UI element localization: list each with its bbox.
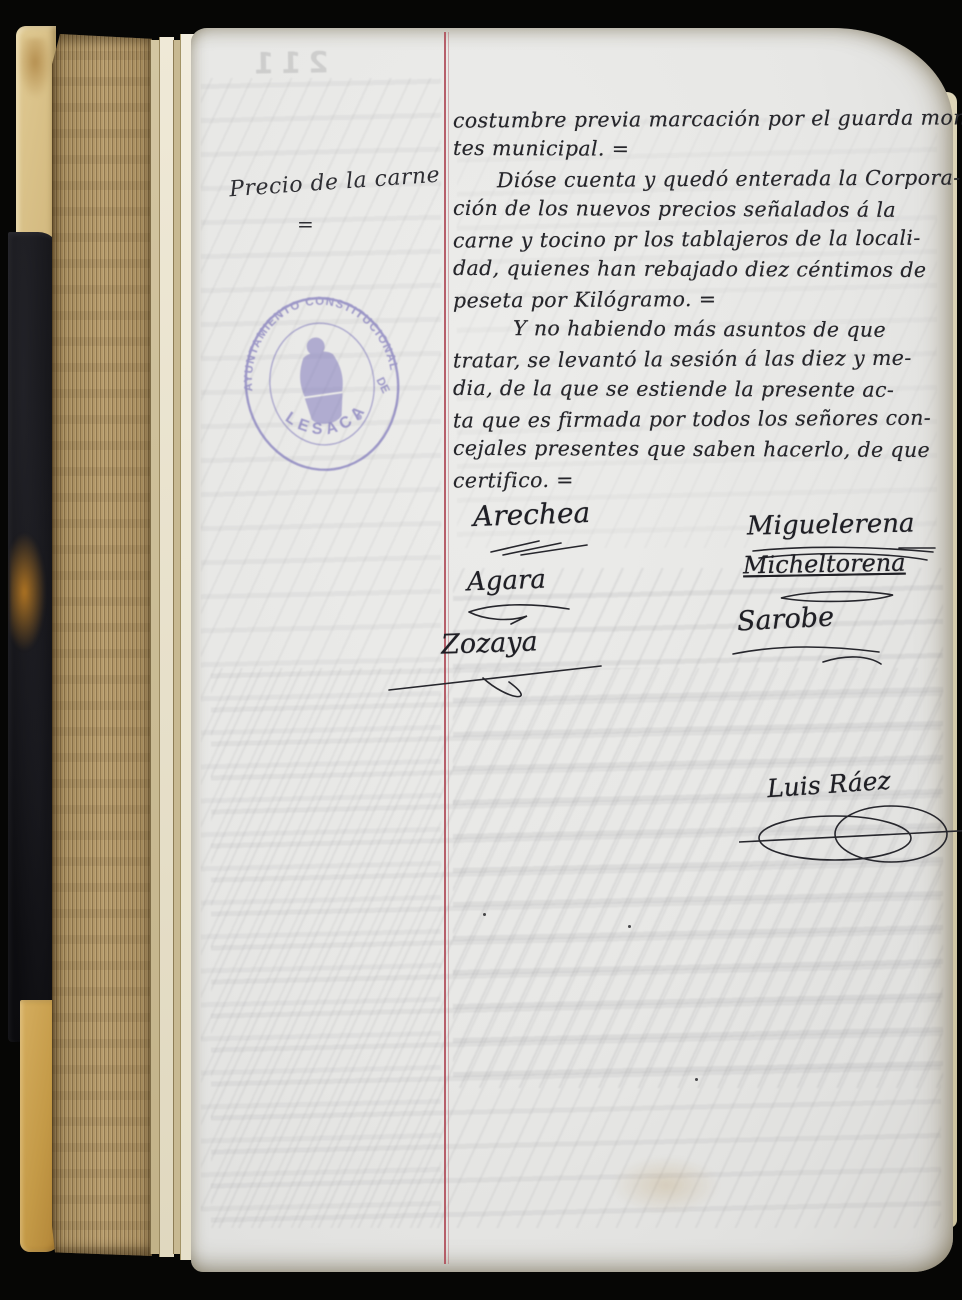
paper-stain	[611, 1156, 721, 1214]
page-fore-edges	[52, 34, 152, 1256]
municipal-stamp-icon: AYUNTAMIENTO CONSTITUCIONAL DE LESACA	[229, 284, 414, 485]
stamp-text-side: DE	[374, 376, 392, 396]
folio-number-showthrough: 211	[247, 45, 329, 80]
manuscript-line: dad, quienes han rebajado diez céntimos …	[453, 253, 958, 285]
ink-speck	[628, 925, 631, 928]
signature-rubric-flourish	[739, 798, 962, 874]
signature-miguelerena: Miguelerena	[747, 509, 915, 542]
cover-stain	[18, 38, 52, 98]
page-edge-sheet	[159, 37, 174, 1257]
manuscript-line: costumbre previa marcación por el guarda…	[453, 102, 958, 135]
manuscript-line: certifico. =	[453, 462, 958, 495]
manuscript-line: ta que es firmada por todos los señores …	[453, 402, 958, 435]
manuscript-line: tes municipal. =	[453, 133, 958, 165]
scanned-manuscript-page: 211 Precio de la carne = AYUNTAMIENTO CO…	[0, 0, 962, 1300]
signature-agara: Agara	[467, 565, 547, 598]
manuscript-line: ción de los nuevos precios señalados á l…	[453, 193, 958, 225]
manuscript-line: Dióse cuenta y quedó enterada la Corpora…	[453, 162, 958, 195]
signature-arechea: Arechea	[472, 496, 590, 533]
amber-stain	[10, 532, 46, 652]
ink-speck	[695, 1078, 698, 1081]
manuscript-body-text: costumbre previa marcación por el guarda…	[453, 104, 958, 494]
signature-flourish	[727, 642, 887, 670]
manuscript-line: tratar, se levantó la sesión á las diez …	[453, 342, 958, 375]
ink-speck	[483, 913, 486, 916]
manuscript-line: cejales presentes que saben hacerlo, de …	[453, 433, 958, 465]
manuscript-line: Y no habiendo más asuntos de que	[453, 313, 958, 345]
manuscript-page: 211 Precio de la carne = AYUNTAMIENTO CO…	[191, 28, 953, 1272]
signature-flourish	[461, 600, 581, 630]
signature-micheltorena: Micheltorena	[743, 549, 906, 580]
signature-flourish	[487, 534, 619, 558]
ghost-writing	[211, 668, 941, 1228]
manuscript-line: peseta por Kilógramo. =	[453, 282, 958, 315]
margin-note-mark: =	[297, 212, 314, 236]
margin-note: Precio de la carne	[228, 163, 441, 203]
ghost-writing	[201, 78, 441, 1228]
signature-flourish	[387, 656, 617, 702]
manuscript-line: carne y tocino pr los tablajeros de la l…	[453, 222, 958, 255]
manuscript-line: dia, de la que se estiende la presente a…	[453, 373, 958, 405]
signature-sarobe: Sarobe	[736, 601, 835, 637]
